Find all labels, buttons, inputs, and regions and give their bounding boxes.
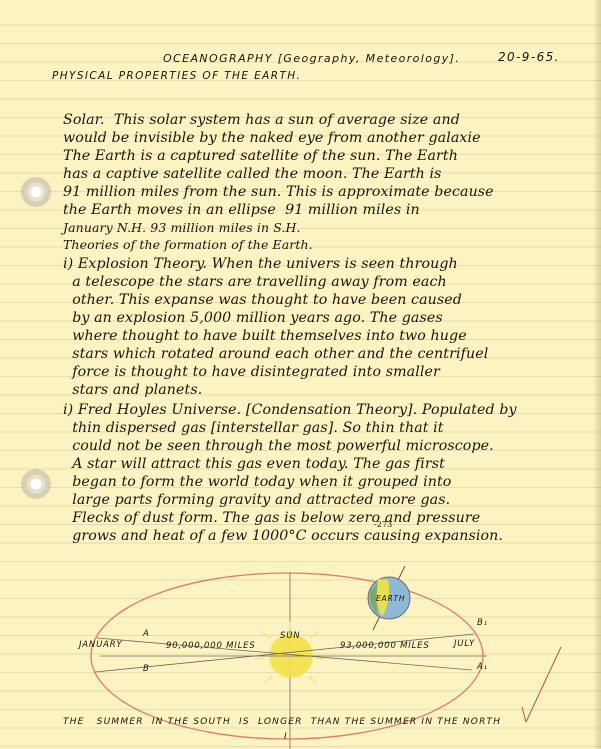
january-label: JANUARY	[79, 640, 122, 650]
left-distance-label: 90,000,000 MILES	[166, 641, 256, 651]
point-a-label: A	[143, 629, 150, 639]
note-line: where thought to have built themselves i…	[63, 328, 467, 344]
caption-mark: I	[284, 732, 288, 742]
note-line: Theories of the formation of the Earth.	[63, 237, 313, 252]
punch-hole	[22, 178, 50, 206]
note-line: has a captive satellite called the moon.…	[63, 166, 442, 182]
note-line: 91 million miles from the sun. This is a…	[63, 184, 494, 200]
right-distance-label: 93,000,000 MILES	[340, 641, 430, 651]
note-line: could not be seen through the most power…	[63, 438, 494, 454]
notebook-page: OCEANOGRAPHY [Geography, Meteorology]. 2…	[0, 0, 601, 749]
note-line: thin dispersed gas [interstellar gas]. S…	[63, 420, 444, 436]
note-line: would be invisible by the naked eye from…	[63, 130, 481, 146]
note-line: stars which rotated around each other an…	[63, 346, 488, 362]
note-line: Solar. This solar system has a sun of av…	[63, 112, 460, 128]
page-title: PHYSICAL PROPERTIES OF THE EARTH.	[52, 70, 301, 82]
teacher-check-mark	[526, 647, 561, 722]
note-line: Flecks of dust form. The gas is below ze…	[63, 510, 480, 526]
point-b1-label: B₁	[477, 618, 488, 628]
punch-hole	[22, 470, 50, 498]
sun-label: SUN	[280, 631, 300, 641]
note-line: the Earth moves in an ellipse 91 million…	[63, 202, 420, 218]
subject-text: OCEANOGRAPHY [Geography, Meteorology].	[163, 52, 460, 65]
note-line: The Earth is a captured satellite of the…	[63, 148, 458, 164]
july-label: JULY	[454, 639, 475, 649]
note-line: grows and heat of a few 1000°C occurs ca…	[63, 528, 503, 544]
note-line: i) Fred Hoyles Universe. [Condensation T…	[63, 402, 517, 418]
note-line: force is thought to have disintegrated i…	[63, 364, 440, 380]
note-line: large parts forming gravity and attracte…	[63, 492, 450, 508]
point-b-label: B	[143, 664, 150, 674]
note-line: by an explosion 5,000 million years ago.…	[63, 310, 443, 326]
diagram-caption: THE SUMMER IN THE SOUTH IS LONGER THAN T…	[63, 717, 501, 727]
earth-label: EARTH	[376, 594, 405, 603]
date: 20-9-65.	[498, 50, 560, 64]
note-line: other. This expanse was thought to have …	[63, 292, 462, 308]
note-line: January N.H. 93 million miles in S.H.	[63, 220, 301, 235]
note-line: stars and planets.	[63, 382, 202, 398]
note-line: a telescope the stars are travelling awa…	[63, 274, 447, 290]
note-line: began to form the world today when it gr…	[63, 474, 451, 490]
point-a1-label: A₁	[477, 662, 488, 672]
note-line: i) Explosion Theory. When the univers is…	[63, 256, 458, 272]
subject-heading: OCEANOGRAPHY [Geography, Meteorology].	[163, 52, 460, 65]
note-line: A star will attract this gas even today.…	[63, 456, 445, 472]
temperature-superscript: -273	[374, 520, 392, 529]
